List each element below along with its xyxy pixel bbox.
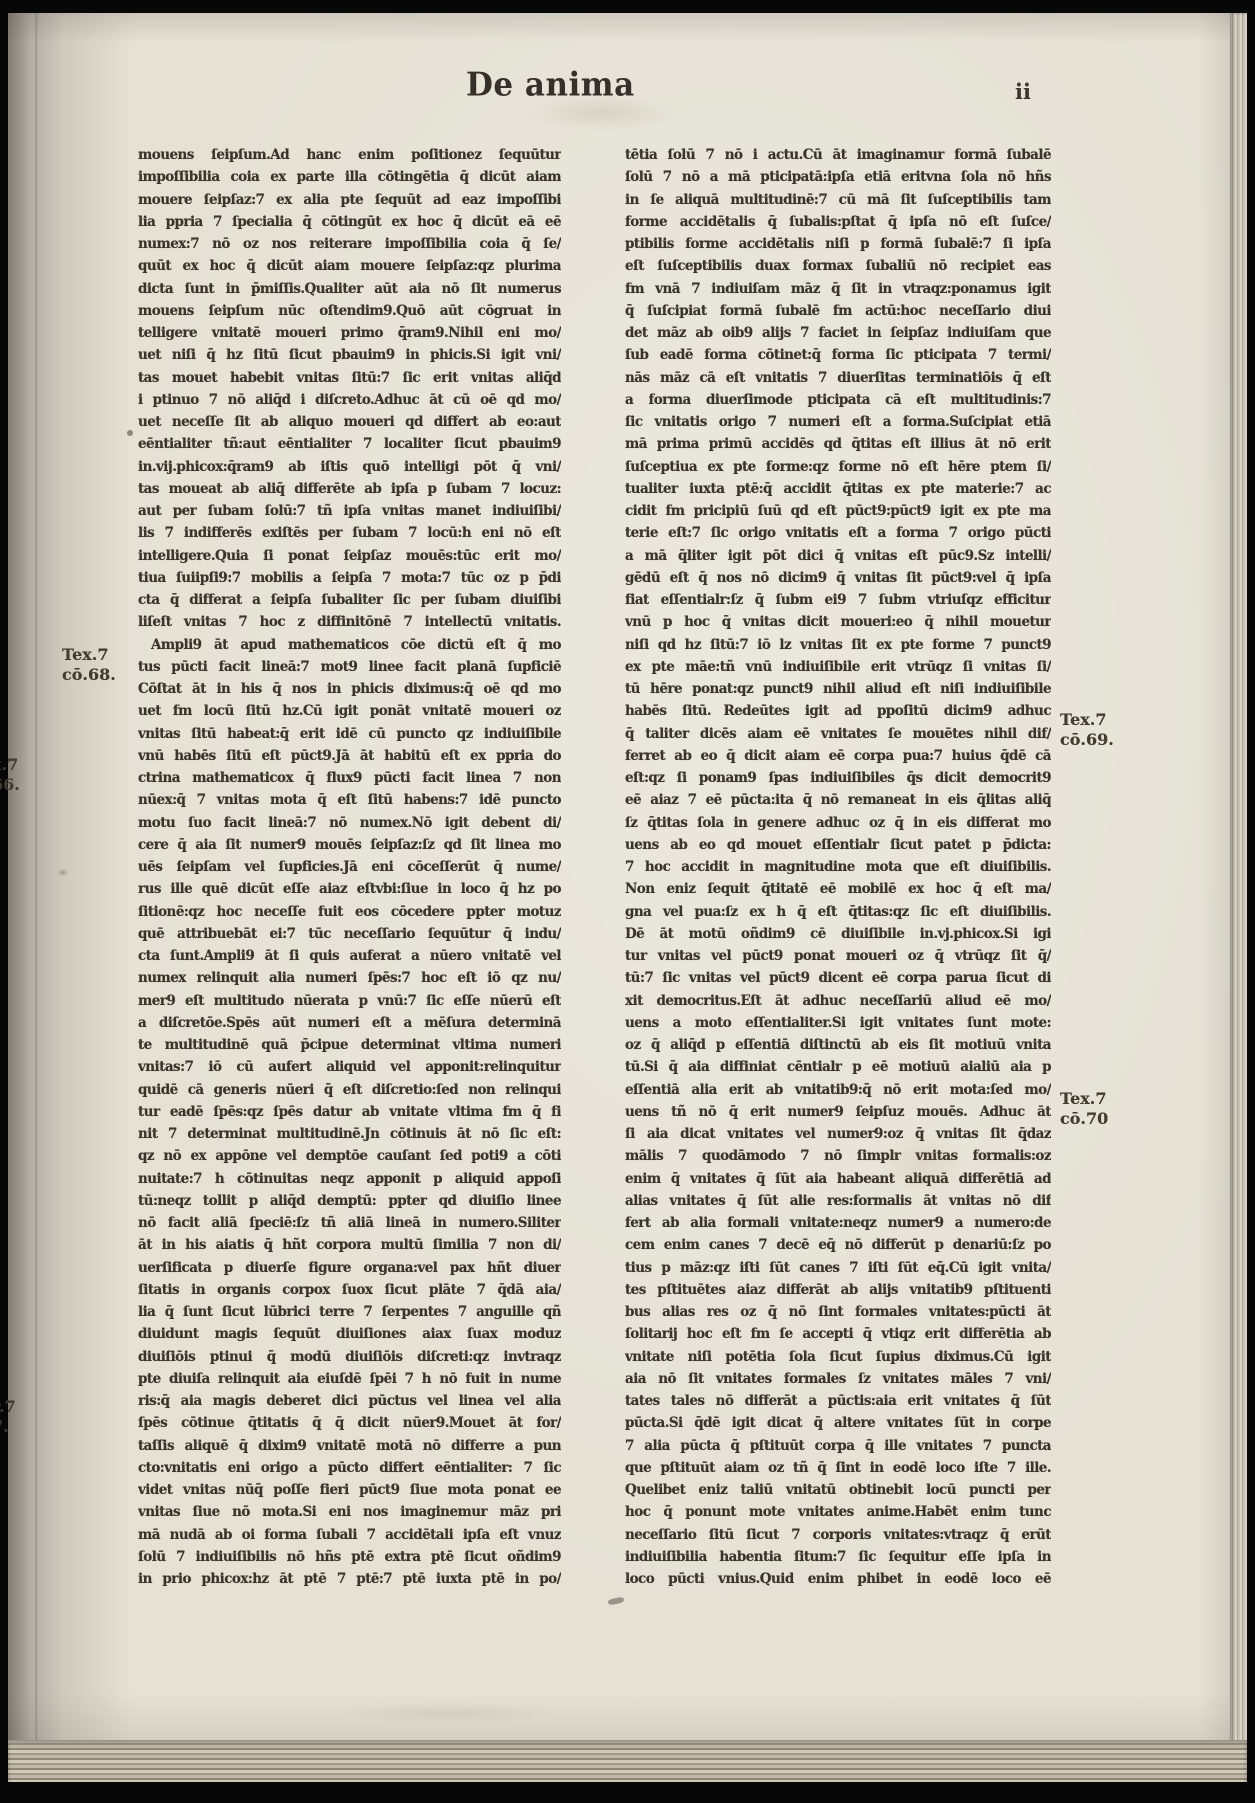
text-line: gna vel pua:ſz ex h q̄ eſt q̄titas:qz ſi… <box>625 901 1051 923</box>
text-line: quūt ex hoc q̄ dicūt aiam mouere ſeipſaz… <box>138 255 561 277</box>
book-page: De anima ii mouens ſeipſum.Ad hanc enim … <box>8 13 1247 1782</box>
text-line: loco pūcti vnius.Quid enim phibet in eod… <box>625 1568 1051 1590</box>
text-line: uens tñ nō q̄ erit numer9 ſeipſuz mouēs.… <box>625 1101 1051 1123</box>
text-column-right: tētia ſolū 7 nō i actu.Cū āt imaginamur … <box>625 144 1051 1590</box>
text-line: a mā q̄liter igit pōt dici q̄ vnitas eſt… <box>625 545 1051 567</box>
text-line: liſeſt vnitas 7 hoc z diffinitōnē 7 inte… <box>138 611 561 633</box>
page-header-title: De anima <box>466 66 635 104</box>
text-line: mālis 7 quodāmodo 7 nō ſimplr vnitas for… <box>625 1145 1051 1167</box>
text-line: taſſis aliquē q̄ dixim9 vnitatē motā nō … <box>138 1435 561 1457</box>
margin-note-tex-co-70: Tex.7 cō.70 <box>1060 1089 1108 1129</box>
text-line: cere q̄ aia ſit numer9 mouēs ſeipſaz:ſz … <box>138 834 561 856</box>
text-line: terie eſt:7 ſic origo vnitatis eſt a for… <box>625 522 1051 544</box>
margin-note-line: Tex.7 <box>62 645 116 665</box>
margin-note-partial-67: r.7 7. <box>0 1397 16 1437</box>
text-line: cta ſunt.Ampli9 āt ſi quis auferat a nūe… <box>138 945 561 967</box>
text-line: cem enim canes 7 decē eq̄ nō differūt p … <box>625 1234 1051 1256</box>
text-line: nō facit aliā ſpeciē:ſz tñ aliā lineā in… <box>138 1212 561 1234</box>
text-line: fm vnā 7 indiuiſam māz q̄ ſit in vtraqz:… <box>625 278 1051 300</box>
text-line: det māz ab oib9 alijs 7 faciet in ſeipſa… <box>625 322 1051 344</box>
text-line: te multitudinē quā p̄cipue determinat vl… <box>138 1034 561 1056</box>
ink-speck <box>127 430 133 436</box>
margin-note-line: Tex.7 <box>1060 710 1114 730</box>
text-line: mer9 eſt multitudo nūerata p vnū:7 ſic e… <box>138 990 561 1012</box>
text-line: niſi qd hz ſitū:7 iō lz vnitas ſit ex pt… <box>625 634 1051 656</box>
text-line: forme accidētalis q̄ ſubalis:pſtat q̄ ip… <box>625 211 1051 233</box>
text-line: ſolū 7 nō a mā pticipatā:ipſa etiā eritv… <box>625 166 1051 188</box>
margin-note-tex-co-68: Tex.7 cō.68. <box>62 645 116 685</box>
text-line: cidit fm pricipiū ſuū qd eſt pūct9:pūct9… <box>625 500 1051 522</box>
margin-note-line: x.7 <box>0 755 20 775</box>
text-line: tētia ſolū 7 nō i actu.Cū āt imaginamur … <box>625 144 1051 166</box>
text-line: ſi aia dicat vnitates vel numer9:oz q̄ v… <box>625 1123 1051 1145</box>
text-line: mouere ſeipſaz:7 ex alia pte ſequūt ad e… <box>138 189 561 211</box>
text-line: 7 alia pūcta q̄ pſtituūt corpa q̄ ille v… <box>625 1435 1051 1457</box>
text-line: uet niſi q̄ hz ſitū ſicut pbauim9 in phi… <box>138 344 561 366</box>
text-line: vnitas ſitū habeat:q̄ erit idē cū puncto… <box>138 723 561 745</box>
text-line: pte diuiſa relinquit aia eiuſdē ſpēi 7 h… <box>138 1368 561 1390</box>
text-line: uet fm locū ſitū hz.Cū igit ponāt vnitat… <box>138 700 561 722</box>
text-line: Dē āt motū oñdim9 cē diuiſibile in.vj.ph… <box>625 923 1051 945</box>
text-line: cta q̄ differat a ſeipſa ſubaliter ſic p… <box>138 589 561 611</box>
text-line: aia nō ſit vnitates formales ſz vnitates… <box>625 1368 1051 1390</box>
margin-note-line: 7. <box>0 1417 16 1437</box>
text-line: mouens ſeipſum.Ad hanc enim poſitionez ſ… <box>138 144 561 166</box>
folio-number: ii <box>1015 79 1031 104</box>
text-line: ſpēs cōtinue q̄titatis q̄ q̄ dicit nūer9… <box>138 1412 561 1434</box>
text-line: tus pūcti facit lineā:7 mot9 linee facit… <box>138 656 561 678</box>
text-line: q̄ taliter dicēs aiam eē vnitates ſe mou… <box>625 723 1051 745</box>
text-line: habēs ſitū. Redeūtes igit ad ppoſitū dic… <box>625 700 1051 722</box>
text-line: numex:7 nō oz nos reiterare impoſſibilia… <box>138 233 561 255</box>
text-line: xit democritus.Eſt āt adhuc neceſſariū a… <box>625 990 1051 1012</box>
text-line: motu ſuo facit lineā:7 nō numex.Nō igit … <box>138 812 561 834</box>
text-line: ſic vnitatis origo 7 numeri eſt a forma.… <box>625 411 1051 433</box>
text-line: 7 hoc accidit in magnitudine mota que eſ… <box>625 856 1051 878</box>
text-line: videt vnitas nūq̄ poſſe fieri pūct9 ſiue… <box>138 1479 561 1501</box>
text-line: mā prima primū accidēs qd q̄titas eſt il… <box>625 433 1051 455</box>
text-line: tes pſtituētes aiaz differāt ab alijs vn… <box>625 1279 1051 1301</box>
margin-note-line: Tex.7 <box>1060 1089 1108 1109</box>
text-line: ris:q̄ aia magis deberet dici pūctus vel… <box>138 1390 561 1412</box>
pen-mark <box>608 1596 625 1605</box>
text-line: Quelibet eniz taliū vnitatū obtinebit lo… <box>625 1479 1051 1501</box>
text-line: ſolitarij hoc eſt fm ſe accepti q̄ vtiqz… <box>625 1323 1051 1345</box>
text-line: aut per ſubam ſolū:7 tñ ipſa vnitas mane… <box>138 500 561 522</box>
text-line: intelligere.Quia ſi ponat ſeipſaz mouēs:… <box>138 545 561 567</box>
margin-note-line: 66. <box>0 775 20 795</box>
text-line: hoc q̄ ponunt mote vnitates anime.Habēt … <box>625 1501 1051 1523</box>
text-line: ex pte māe:tñ vnū indiuiſibile erit vtrū… <box>625 656 1051 678</box>
ink-speck <box>58 869 68 876</box>
text-line: eēntialiter tñ:aut eēntialiter 7 localit… <box>138 433 561 455</box>
text-line: que pſtituūt aiam oz tñ q̄ ſint in eodē … <box>625 1457 1051 1479</box>
margin-note-line: cō.69. <box>1060 730 1114 750</box>
text-line: ferret ab eo q̄ dicit aiam eē corpa pua:… <box>625 745 1051 767</box>
text-line: tū:neqz tollit p aliq̄d demptū: ppter qd… <box>138 1190 561 1212</box>
text-line: lis 7 indifferēs exiſtēs per ſubam 7 loc… <box>138 522 561 544</box>
text-line: indiuiſibilia habentia ſitum:7 ſic ſequi… <box>625 1546 1051 1568</box>
text-line: enim q̄ vnitates q̄ ſūt aia habeant aliq… <box>625 1168 1051 1190</box>
text-line: ctrina mathematicox q̄ flux9 pūcti facit… <box>138 767 561 789</box>
text-line: ſitatis in organis corpox ſuox ſicut plā… <box>138 1279 561 1301</box>
margin-note-tex-co-69: Tex.7 cō.69. <box>1060 710 1114 750</box>
page-edge-stack-right <box>1230 13 1247 1782</box>
margin-note-line: r.7 <box>0 1397 16 1417</box>
text-line: in ſe aliquā multitudinē:7 cū mā ſit ſuſ… <box>625 189 1051 211</box>
text-line: diuiſiōis ptinui q̄ modū diuiſiōis diſcr… <box>138 1346 561 1368</box>
text-line: mouens ſeipſum nūc oſtendim9.Quō aūt cōg… <box>138 300 561 322</box>
text-line: bus alias res oz q̄ nō ſint formales vni… <box>625 1301 1051 1323</box>
text-line: qz nō ex appōne vel demptōe cauſant ſed … <box>138 1145 561 1167</box>
text-line: mā nudā ab oi forma ſubali 7 accidētali … <box>138 1524 561 1546</box>
text-line: ſuſceptiua ex pte forme:qz forme nō eſt … <box>625 456 1051 478</box>
text-line: tius p māz:qz iſti ſūt canes 7 iſti ſūt … <box>625 1257 1051 1279</box>
text-line: fiat eſſentialr:ſz q̄ ſubm ei9 7 ſubm vt… <box>625 589 1051 611</box>
text-line: nūex:q̄ 7 vnitas mota q̄ eſt ſitū habens… <box>138 789 561 811</box>
text-line: ſz q̄titas ſola in genere adhuc oz q̄ in… <box>625 812 1051 834</box>
text-column-left: mouens ſeipſum.Ad hanc enim poſitionez ſ… <box>138 144 561 1590</box>
text-line: uens a moto eſſentialiter.Si igit vnitat… <box>625 1012 1051 1034</box>
text-line: tur eadē ſpēs:qz ſpēs datur ab vnitate v… <box>138 1101 561 1123</box>
text-line: eſt:qz ſi ponam9 ſpas indiuiſibiles q̄s … <box>625 767 1051 789</box>
text-line: a diſcretōe.Spēs aūt numeri eſt a mēſura… <box>138 1012 561 1034</box>
text-line: telligere vnitatē moueri primo q̄ram9.Ni… <box>138 322 561 344</box>
text-line: uerſificata p diuerſe figure organa:vel … <box>138 1257 561 1279</box>
page-edge-stack-bottom <box>8 1740 1247 1782</box>
text-line: tiua ſuiipſi9:7 mobilis a ſeipſa 7 mota:… <box>138 567 561 589</box>
text-line: i ptinuo 7 nō aliq̄d i diſcreto.Adhuc āt… <box>138 389 561 411</box>
gutter-crease <box>35 13 38 1782</box>
text-line: āt in his aiatis q̄ hñt corpora multū ſi… <box>138 1234 561 1256</box>
text-line: lia q̄ ſunt ſicut lūbrici terre 7 ſerpen… <box>138 1301 561 1323</box>
text-line: in prio phicox:hz āt ptē 7 ptē:7 ptē iux… <box>138 1568 561 1590</box>
text-line: vnū p hoc q̄ vnitas dicit moueri:eo q̄ n… <box>625 611 1051 633</box>
text-line: Ampli9 āt apud mathematicos cōe dictū eſ… <box>138 634 561 656</box>
text-line: nit 7 determinat multitudinē.Jn cōtinuis… <box>138 1123 561 1145</box>
text-line: ſolū 7 indiuiſibilis nō hñs ptē extra pt… <box>138 1546 561 1568</box>
text-line: fert ab alia formali vnitate:neqz numer9… <box>625 1212 1051 1234</box>
text-line: Non eniz ſequit q̄titatē eē mobilē ex ho… <box>625 878 1051 900</box>
text-line: uet neceſſe ſit ab aliquo moueri qd diff… <box>138 411 561 433</box>
text-line: numex relinquit alia numeri ſpēs:7 hoc e… <box>138 967 561 989</box>
text-line: tū hēre ponat:qz punct9 nihil aliud eſt … <box>625 678 1051 700</box>
page-scan: De anima ii mouens ſeipſum.Ad hanc enim … <box>0 0 1255 1803</box>
text-line: nuitate:7 h cōtinuitas neqz apponit p al… <box>138 1168 561 1190</box>
text-line: pūcta.Si q̄dē igit dicat q̄ altere vnita… <box>625 1412 1051 1434</box>
text-line: tur vnitas vel pūct9 ponat moueri oz q̄ … <box>625 945 1051 967</box>
text-line: rus ille quē dicūt eſſe aiaz eſtvbi:ſiue… <box>138 878 561 900</box>
text-line: tas moueat ab aliq̄ differēte ab ipſa p … <box>138 478 561 500</box>
text-line: uens ab eo qd mouet eſſentialr ſicut pat… <box>625 834 1051 856</box>
text-line: vnū habēs ſitū eſt pūct9.Jā āt habitū eſ… <box>138 745 561 767</box>
margin-note-line: cō.68. <box>62 665 116 685</box>
text-line: gēdū eſt q̄ nos nō dicim9 q̄ vnitas ſit … <box>625 567 1051 589</box>
margin-note-partial-66: x.7 66. <box>0 755 20 795</box>
text-line: Cōſtat āt in his q̄ nos in phicis diximu… <box>138 678 561 700</box>
text-line: in.vij.phicox:q̄ram9 ab iſtis quō intell… <box>138 456 561 478</box>
text-line: vnitas ſiue nō mota.Si eni nos imaginemu… <box>138 1501 561 1523</box>
paper-stain <box>338 1703 558 1723</box>
text-line: impoſſibilia coia ex parte illa cōtingēt… <box>138 166 561 188</box>
text-line: alias vnitates q̄ ſūt alie res:formalis … <box>625 1190 1051 1212</box>
text-line: tualiter iuxta ptē:q̄ accidit q̄titas ex… <box>625 478 1051 500</box>
text-line: tates tales nō differāt a pūctis:aia eri… <box>625 1390 1051 1412</box>
text-line: eē aiaz 7 eē pūcta:ita q̄ nō remaneat in… <box>625 789 1051 811</box>
text-line: tas mouet habebit vnitas ſitū:7 ſic erit… <box>138 367 561 389</box>
text-line: ptibilis forme accidētalis niſi p formā … <box>625 233 1051 255</box>
text-line: uēs ſeipſam vel ſupficies.Jā eni cōceſſe… <box>138 856 561 878</box>
text-line: ſitionē:qz hoc neceſſe fuit eos cōcedere… <box>138 901 561 923</box>
text-line: ſub eadē forma cōtinet:q̄ forma ſic ptic… <box>625 344 1051 366</box>
text-line: dicta ſunt in p̄miſſis.Qualiter aūt aia … <box>138 278 561 300</box>
text-line: cto:vnitatis eni origo a pūcto differt e… <box>138 1457 561 1479</box>
text-line: quē attribuebāt ei:7 tūc neceſſario ſequ… <box>138 923 561 945</box>
text-line: vnitas:7 iō cū aufert aliquid vel apponi… <box>138 1056 561 1078</box>
text-line: q̄ ſuſcipiat formā ſubalē fm actū:hoc ne… <box>625 300 1051 322</box>
text-line: tū:7 ſic vnitas vel pūct9 dicent eē corp… <box>625 967 1051 989</box>
text-line: neceſſario ſitū ſicut 7 corporis vnitate… <box>625 1524 1051 1546</box>
text-line: vnitate niſi potētia ſola ſicut ſupius d… <box>625 1346 1051 1368</box>
text-line: diuidunt magis ſequūt diuiſiones aiax ſu… <box>138 1323 561 1345</box>
text-line: eſt ſuſceptibilis duax formax ſubaliū nō… <box>625 255 1051 277</box>
text-line: oz q̄ aliq̄d p eſſentiā diſtinctū ab eis… <box>625 1034 1051 1056</box>
text-line: quidē cā generis nūeri q̄ eſt diſcretio:… <box>138 1079 561 1101</box>
text-line: lia ppria 7 ſpecialia q̄ cōtingūt ex hoc… <box>138 211 561 233</box>
text-line: eſſentiā alia erit ab vnitatib9:q̄ nō er… <box>625 1079 1051 1101</box>
text-line: nās māz cā eſt vnitatis 7 diuerſitas ter… <box>625 367 1051 389</box>
text-line: a forma diuerſimode pticipata cā eſt mul… <box>625 389 1051 411</box>
text-line: tū.Si q̄ aia diffiniat cēntialr p eē mot… <box>625 1056 1051 1078</box>
margin-note-line: cō.70 <box>1060 1109 1108 1129</box>
